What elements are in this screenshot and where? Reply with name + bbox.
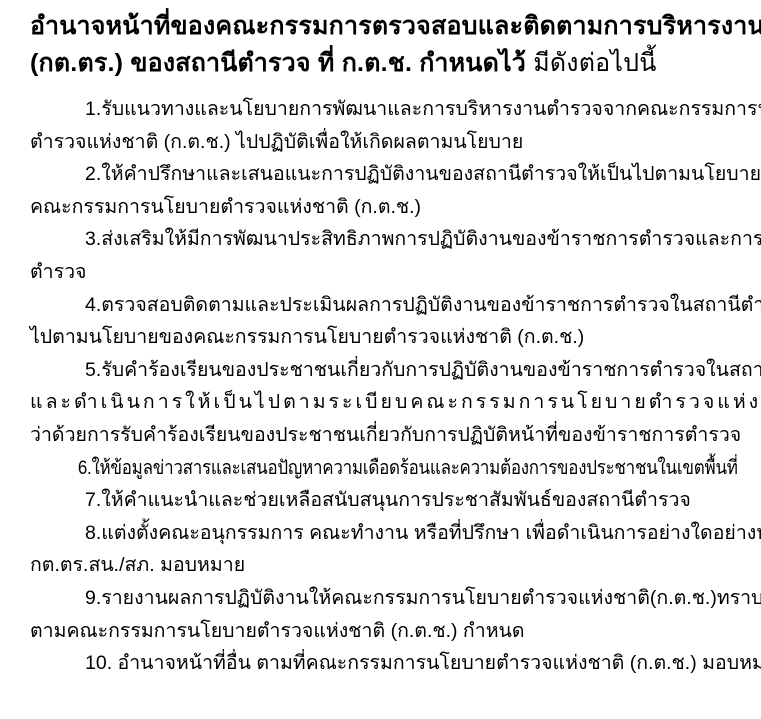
item-8-line-2: กต.ตร.สน./สภ. มอบหมาย [30,549,737,582]
item-7-line-1: 7.ให้คำแนะนำและช่วยเหลือสนับสนุนการประชา… [30,484,737,517]
item-3-line-2: ตำรวจ [30,256,737,289]
item-6-line-1: 6.ให้ข้อมูลข่าวสารและเสนอปัญหาความเดือดร… [30,452,645,485]
item-8-line-1: 8.แต่งตั้งคณะอนุกรรมการ คณะทำงาน หรือที่… [30,517,737,550]
item-1-line-2: ตำรวจแห่งชาติ (ก.ต.ช.) ไปปฏิบัติเพื่อให้… [30,126,737,159]
item-5-line-3: ว่าด้วยการรับคำร้องเรียนของประชาชนเกี่ยว… [30,419,737,452]
item-4-line-2: ไปตามนโยบายของคณะกรรมการนโยบายตำรวจแห่งช… [30,321,737,354]
item-2-line-2: คณะกรรมการนโยบายตำรวจแห่งชาติ (ก.ต.ช.) [30,191,737,224]
item-9-line-2: ตามคณะกรรมการนโยบายตำรวจแห่งชาติ (ก.ต.ช.… [30,615,737,648]
item-1-line-1: 1.รับแนวทางและนโยบายการพัฒนาและการบริหาร… [30,93,737,126]
title-line-2-bold-text: (กต.ตร.) ของสถานีตำรวจ ที่ ก.ต.ช. กำหนดไ… [30,49,526,77]
document-page: อำนาจหน้าที่ของคณะกรรมการตรวจสอบและติดตา… [0,0,761,719]
title-line-2-regular-text: มีดังต่อไปนี้ [533,49,656,77]
item-4-line-1: 4.ตรวจสอบติดตามและประเมินผลการปฏิบัติงาน… [30,289,737,322]
item-5-line-1: 5.รับคำร้องเรียนของประชาชนเกี่ยวกับการปฏ… [30,354,737,387]
document-title: อำนาจหน้าที่ของคณะกรรมการตรวจสอบและติดตา… [30,8,737,82]
document-body: 1.รับแนวทางและนโยบายการพัฒนาและการบริหาร… [30,93,737,680]
title-line-1: อำนาจหน้าที่ของคณะกรรมการตรวจสอบและติดตา… [30,8,737,45]
item-10-line-1: 10. อำนาจหน้าที่อื่น ตามที่คณะกรรมการนโย… [30,647,737,680]
title-line-2: (กต.ตร.) ของสถานีตำรวจ ที่ ก.ต.ช. กำหนดไ… [30,45,737,82]
item-2-line-1: 2.ให้คำปรึกษาและเสนอแนะการปฏิบัติงานของส… [30,158,737,191]
item-9-line-1: 9.รายงานผลการปฏิบัติงานให้คณะกรรมการนโยบ… [30,582,737,615]
item-5-line-2: และดำเนินการให้เป็นไปตามระเบียบคณะกรรมกา… [30,386,737,419]
item-3-line-1: 3.ส่งเสริมให้มีการพัฒนาประสิทธิภาพการปฏิ… [30,223,737,256]
title-line-1-text: อำนาจหน้าที่ของคณะกรรมการตรวจสอบและติดตา… [30,12,761,40]
